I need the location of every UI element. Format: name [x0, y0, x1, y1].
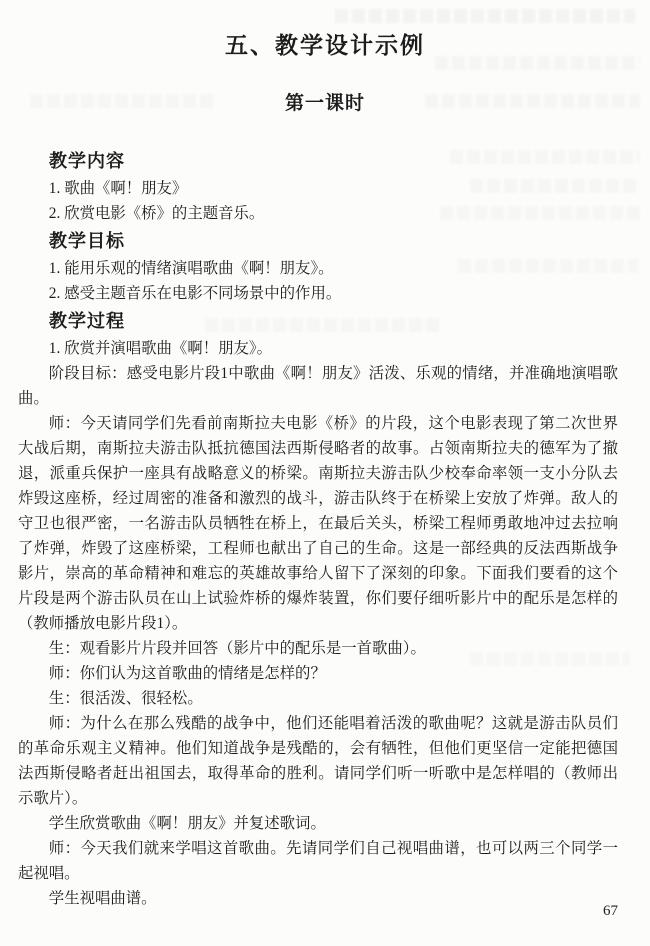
section-heading-teaching-objectives: 教学目标: [49, 228, 618, 254]
section-heading-teaching-content: 教学内容: [49, 148, 618, 174]
student-line-2: 生：很活泼、很轻松。: [18, 686, 618, 711]
teacher-line-4: 师：今天我们就来学唱这首歌曲。先请同学们自己视唱曲谱，也可以两三个同学一起视唱。: [18, 836, 618, 886]
objective-item-1: 1. 能用乐观的情绪演唱歌曲《啊！朋友》。: [18, 256, 618, 281]
page-number: 67: [603, 902, 618, 920]
teacher-line-2: 师：你们认为这首歌曲的情绪是怎样的？: [18, 661, 618, 686]
section-heading-teaching-process: 教学过程: [49, 308, 618, 334]
activity-line-1: 学生欣赏歌曲《啊！朋友》并复述歌词。: [18, 811, 618, 836]
content-item-1: 1. 歌曲《啊！朋友》: [18, 176, 618, 201]
objective-item-2: 2. 感受主题音乐在电影不同场景中的作用。: [18, 281, 618, 306]
page-subtitle: 第一课时: [0, 92, 650, 116]
document-body: 教学内容 1. 歌曲《啊！朋友》 2. 欣赏电影《桥》的主题音乐。 教学目标 1…: [18, 148, 618, 911]
student-line-1: 生：观看影片片段并回答（影片中的配乐是一首歌曲）。: [18, 636, 618, 661]
stage-goal: 阶段目标：感受电影片段1中歌曲《啊！朋友》活泼、乐观的情绪，并准确地演唱歌曲。: [18, 361, 618, 411]
teacher-line-3: 师：为什么在那么残酷的战争中，他们还能唱着活泼的歌曲呢？这就是游击队员们的革命乐…: [18, 711, 618, 811]
activity-line-2: 学生视唱曲谱。: [18, 886, 618, 911]
process-step-1: 1. 欣赏并演唱歌曲《啊！朋友》。: [18, 336, 618, 361]
teacher-line-1: 师：今天请同学们先看前南斯拉夫电影《桥》的片段，这个电影表现了第二次世界大战后期…: [18, 411, 618, 636]
content-item-2: 2. 欣赏电影《桥》的主题音乐。: [18, 201, 618, 226]
page-title: 五、教学设计示例: [0, 0, 650, 60]
document-page: 五、教学设计示例 第一课时 教学内容 1. 歌曲《啊！朋友》 2. 欣赏电影《桥…: [0, 0, 650, 946]
